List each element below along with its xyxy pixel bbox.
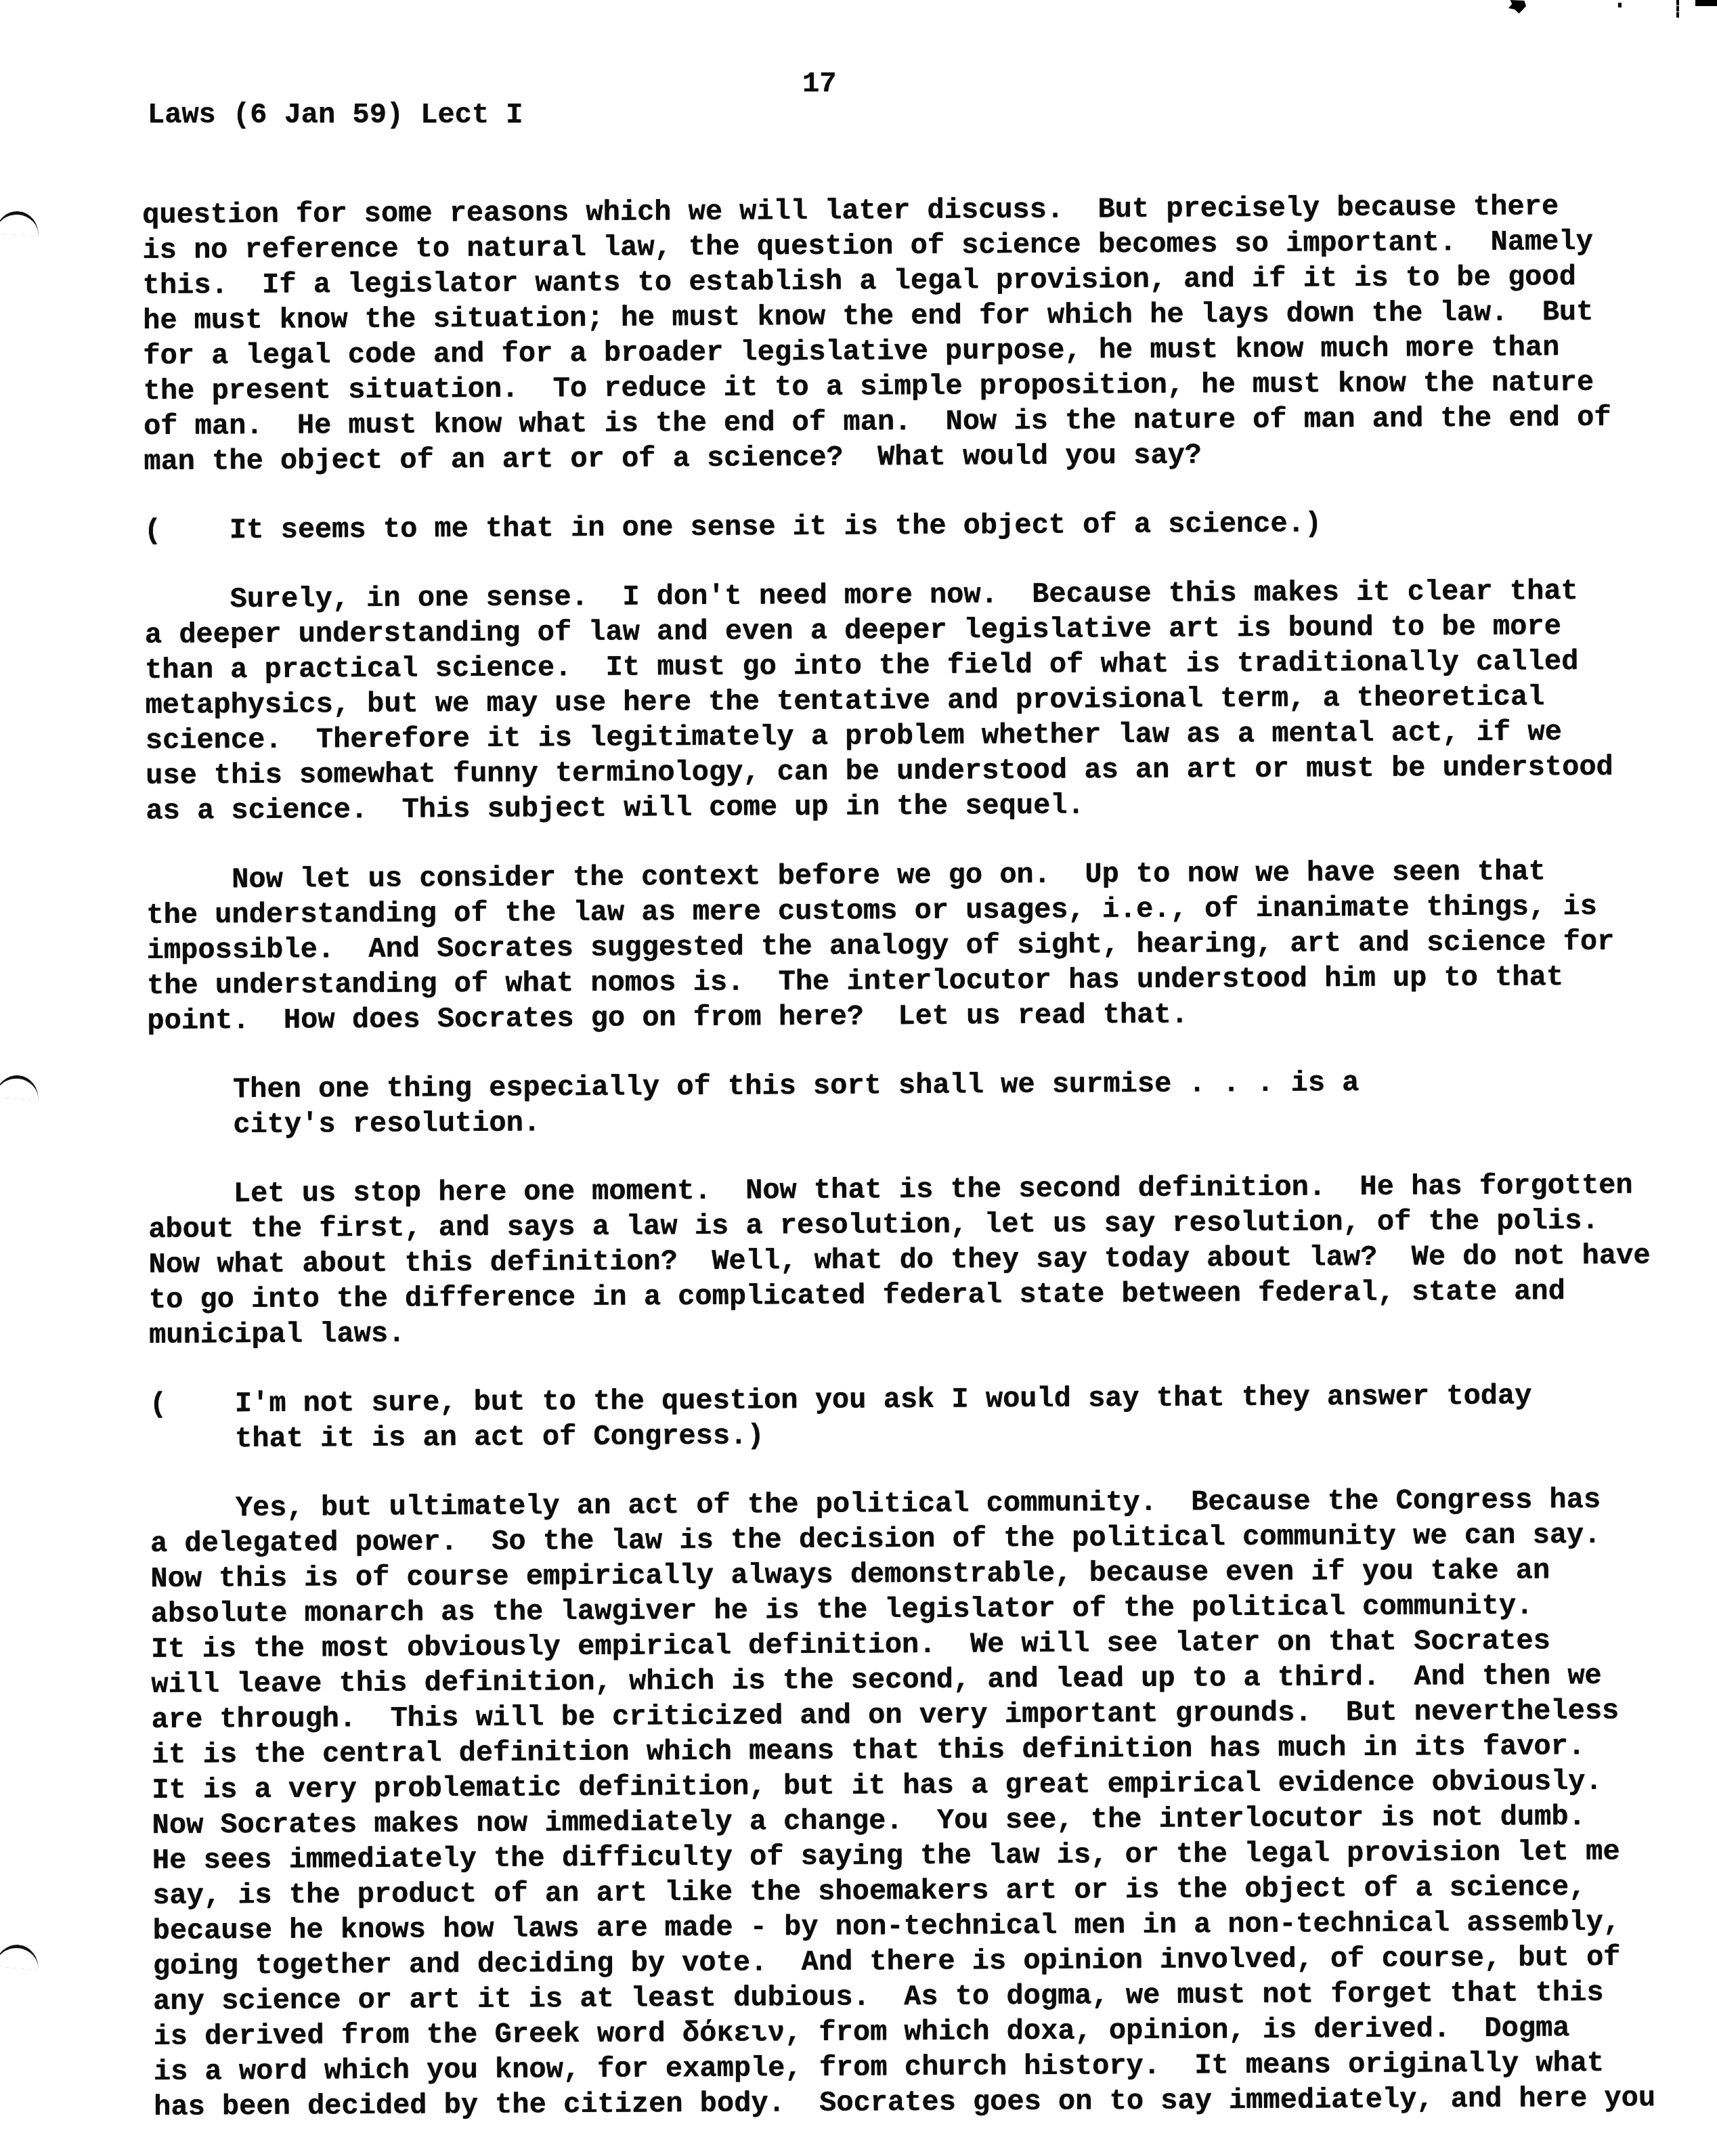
margin-pen-mark [0,210,40,236]
header-title: Laws (6 Jan 59) Lect I [148,99,523,131]
scan-artifact-dot [1618,3,1622,7]
paragraph: Now let us consider the context before w… [146,853,1705,1039]
document-body: question for some reasons which we will … [142,188,1712,2156]
aside-block: ( I'm not sure, but to the question you … [150,1377,1708,1457]
page-number: 17 [802,68,836,100]
margin-pen-mark [0,1073,40,1100]
document-page: 17 Laws (6 Jan 59) Lect I question for s… [0,0,1717,2156]
aside-block: ( It seems to me that in one sense it is… [144,504,1701,548]
scan-artifact-blob [1508,0,1526,14]
paragraph: question for some reasons which we will … [142,188,1701,479]
paragraph: Let us stop here one moment. Now that is… [148,1167,1707,1353]
scan-artifact-dashed-line [1676,0,1679,18]
quote-block: Then one thing especially of this sort s… [148,1063,1705,1143]
text-line: ( It seems to me that in one sense it is… [144,504,1701,548]
scan-artifact-bar [1695,0,1717,6]
paragraph: Surely, in one sense. I don't need more … [144,573,1703,829]
margin-pen-mark [0,1943,40,1970]
paragraph: Yes, but ultimately an act of the politi… [150,1482,1712,2125]
